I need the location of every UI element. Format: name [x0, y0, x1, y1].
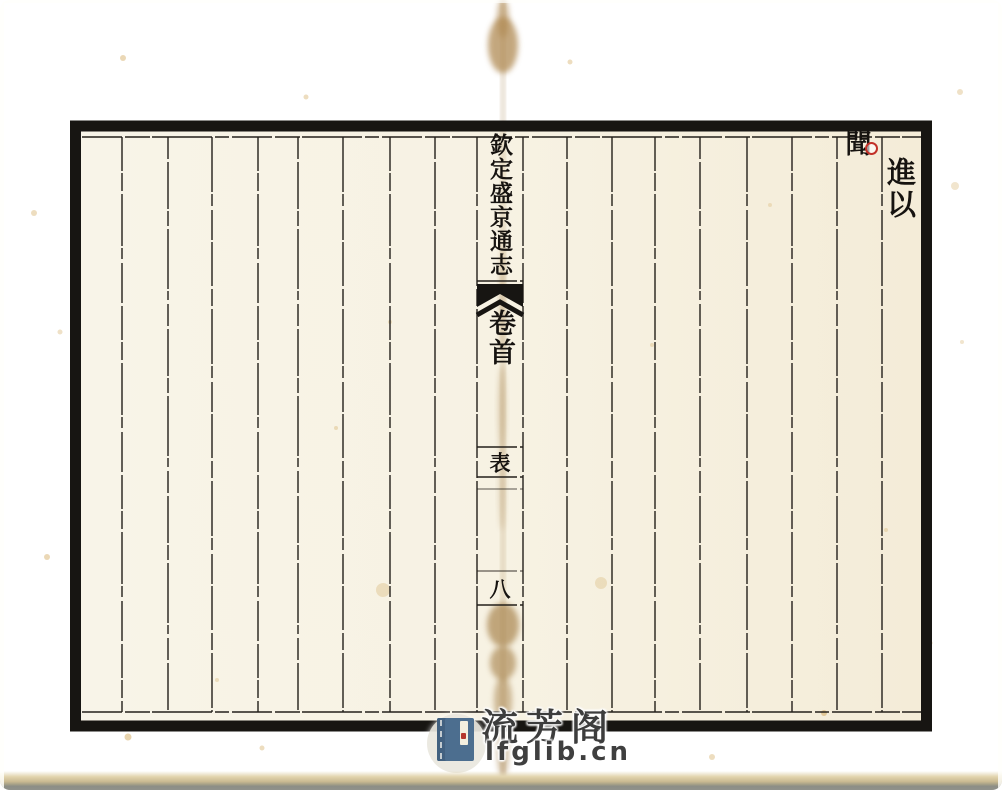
- red-reading-circle-mark: [865, 142, 878, 155]
- scan-edge-right: [998, 0, 1002, 790]
- paper-bottom-edge: [0, 771, 1002, 790]
- book-title-label: [460, 721, 468, 745]
- scan-edge-top: [0, 0, 1002, 3]
- scan-edge-left: [0, 0, 4, 790]
- stitched-book-icon: [437, 718, 474, 761]
- spine-section-label: 卷首: [486, 309, 513, 367]
- spine-category-label: 表: [489, 452, 510, 473]
- book-stitch-icon: [440, 720, 442, 759]
- watermark-site-domain: lfglib.cn: [485, 737, 631, 767]
- scanned-book-page: 欽定盛京通志 卷首 表 八 聞 進以 流芳阁 lfglib.cn: [0, 0, 1002, 790]
- spine-book-title: 欽定盛京通志: [488, 133, 511, 277]
- spine-page-number: 八: [489, 578, 510, 599]
- watermark-logo-disc: [427, 714, 486, 773]
- body-text-column: 進以: [885, 157, 914, 221]
- printed-frame-layer: [0, 0, 1002, 790]
- book-seal-mark: [461, 733, 466, 739]
